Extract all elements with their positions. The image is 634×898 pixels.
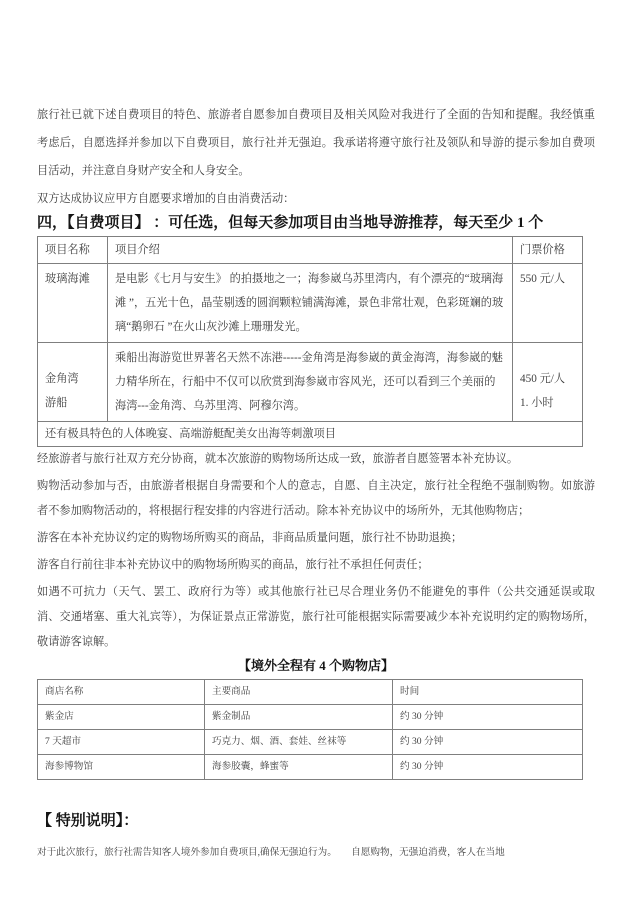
overseas-shops-heading: 【境外全程有 4 个购物店】 bbox=[37, 657, 595, 675]
column-header-store-name: 商店名称 bbox=[38, 680, 205, 705]
store-duration-cell: 约 30 分钟 bbox=[393, 705, 583, 730]
project-name-cell: 金角湾 游船 bbox=[38, 343, 108, 422]
column-header-project-intro: 项目介绍 bbox=[108, 237, 513, 264]
section4-self-paid-items-heading: 四，【自费项目】 ：可任选，但每天参加项目由当地导游推荐，每天至少 1 个 bbox=[37, 213, 595, 233]
store-row-7day-supermarket: 7 天超市 巧克力、烟、酒、套娃、丝袜等 约 30 分钟 bbox=[38, 730, 583, 755]
force-majeure-paragraph: 如遇不可抗力（天气、罢工、政府行为等）或其他旅行社已尽合理业务仍不能避免的事件（… bbox=[37, 580, 595, 655]
ticket-price-text: 450 元/人 bbox=[520, 367, 575, 391]
project-intro-cell: 乘船出海游览世界著名天然不冻港-----金角湾是海参崴的黄金海湾，海参崴的魅力精… bbox=[108, 343, 513, 422]
column-header-project-name: 项目名称 bbox=[38, 237, 108, 264]
shopping-no-return-paragraph: 游客在本补充协议约定的购物场所购买的商品，非商品质量问题，旅行社不协助退换； bbox=[37, 526, 595, 551]
projects-table-header-row: 项目名称 项目介绍 门票价格 bbox=[38, 237, 583, 264]
column-header-ticket-price: 门票价格 bbox=[513, 237, 583, 264]
special-note-paragraph: 对于此次旅行，旅行社需告知客人境外参加自费项目,确保无强迫行为。 自愿购物，无强… bbox=[37, 840, 595, 866]
project-name-line2: 游船 bbox=[45, 391, 100, 415]
project-row-golden-horn-cruise: 金角湾 游船 乘船出海游览世界著名天然不冻港-----金角湾是海参崴的黄金海湾，… bbox=[38, 343, 583, 422]
project-intro-cell: 是电影《七月与安生》 的拍摄地之一；海参崴乌苏里湾内，有个漂亮的“玻璃海滩 ”，… bbox=[108, 264, 513, 343]
special-note-heading: 【 特别说明】： bbox=[37, 810, 595, 832]
ticket-price-cell: 550 元/人 bbox=[513, 264, 583, 343]
store-duration-cell: 约 30 分钟 bbox=[393, 755, 583, 780]
project-name-line1: 金角湾 bbox=[45, 367, 100, 391]
self-paid-disclosure-paragraph: 旅行社已就下述自费项目的特色、旅游者自愿参加自费项目及相关风险对我进行了全面的告… bbox=[37, 101, 595, 185]
store-name-cell: 海参博物馆 bbox=[38, 755, 205, 780]
stores-table-header-row: 商店名称 主要商品 时间 bbox=[38, 680, 583, 705]
store-row-sea-cucumber-museum: 海参博物馆 海参胶囊，蜂蜜等 约 30 分钟 bbox=[38, 755, 583, 780]
shopping-consensus-paragraph: 经旅游者与旅行社双方充分协商，就本次旅游的购物场所达成一致，旅游者自愿签署本补充… bbox=[37, 447, 595, 472]
store-name-cell: 7 天超市 bbox=[38, 730, 205, 755]
store-goods-cell: 巧克力、烟、酒、套娃、丝袜等 bbox=[205, 730, 393, 755]
shopping-voluntary-paragraph: 购物活动参加与否，由旅游者根据自身需要和个人的意志，自愿、自主决定，旅行社全程绝… bbox=[37, 474, 595, 524]
store-goods-cell: 紫金制品 bbox=[205, 705, 393, 730]
shopping-stores-table: 商店名称 主要商品 时间 紫金店 紫金制品 约 30 分钟 7 天超市 巧克力、… bbox=[37, 679, 583, 780]
store-duration-cell: 约 30 分钟 bbox=[393, 730, 583, 755]
ticket-duration-text: 1. 小时 bbox=[520, 391, 575, 415]
ticket-price-text: 550 元/人 bbox=[520, 267, 575, 291]
project-name-cell: 玻璃海滩 bbox=[38, 264, 108, 343]
column-header-main-goods: 主要商品 bbox=[205, 680, 393, 705]
project-row-glass-beach: 玻璃海滩 是电影《七月与安生》 的拍摄地之一；海参崴乌苏里湾内，有个漂亮的“玻璃… bbox=[38, 264, 583, 343]
self-paid-projects-table: 项目名称 项目介绍 门票价格 玻璃海滩 是电影《七月与安生》 的拍摄地之一；海参… bbox=[37, 236, 583, 447]
store-goods-cell: 海参胶囊，蜂蜜等 bbox=[205, 755, 393, 780]
store-name-cell: 紫金店 bbox=[38, 705, 205, 730]
projects-table-footer-row: 还有极具特色的人体晚宴、高端游艇配美女出海等刺激项目 bbox=[38, 422, 583, 447]
shopping-liability-paragraph: 游客自行前往非本补充协议中的购物场所购买的商品，旅行社不承担任何责任； bbox=[37, 553, 595, 578]
voluntary-consumption-intro-paragraph: 双方达成协议应甲方自愿要求增加的自由消费活动： bbox=[37, 185, 595, 213]
extra-projects-note-cell: 还有极具特色的人体晚宴、高端游艇配美女出海等刺激项目 bbox=[38, 422, 583, 447]
project-name-text: 玻璃海滩 bbox=[45, 267, 100, 291]
store-row-purple-gold: 紫金店 紫金制品 约 30 分钟 bbox=[38, 705, 583, 730]
ticket-price-cell: 450 元/人 1. 小时 bbox=[513, 343, 583, 422]
column-header-duration: 时间 bbox=[393, 680, 583, 705]
travel-agreement-document-page: 旅行社已就下述自费项目的特色、旅游者自愿参加自费项目及相关风险对我进行了全面的告… bbox=[0, 0, 634, 898]
